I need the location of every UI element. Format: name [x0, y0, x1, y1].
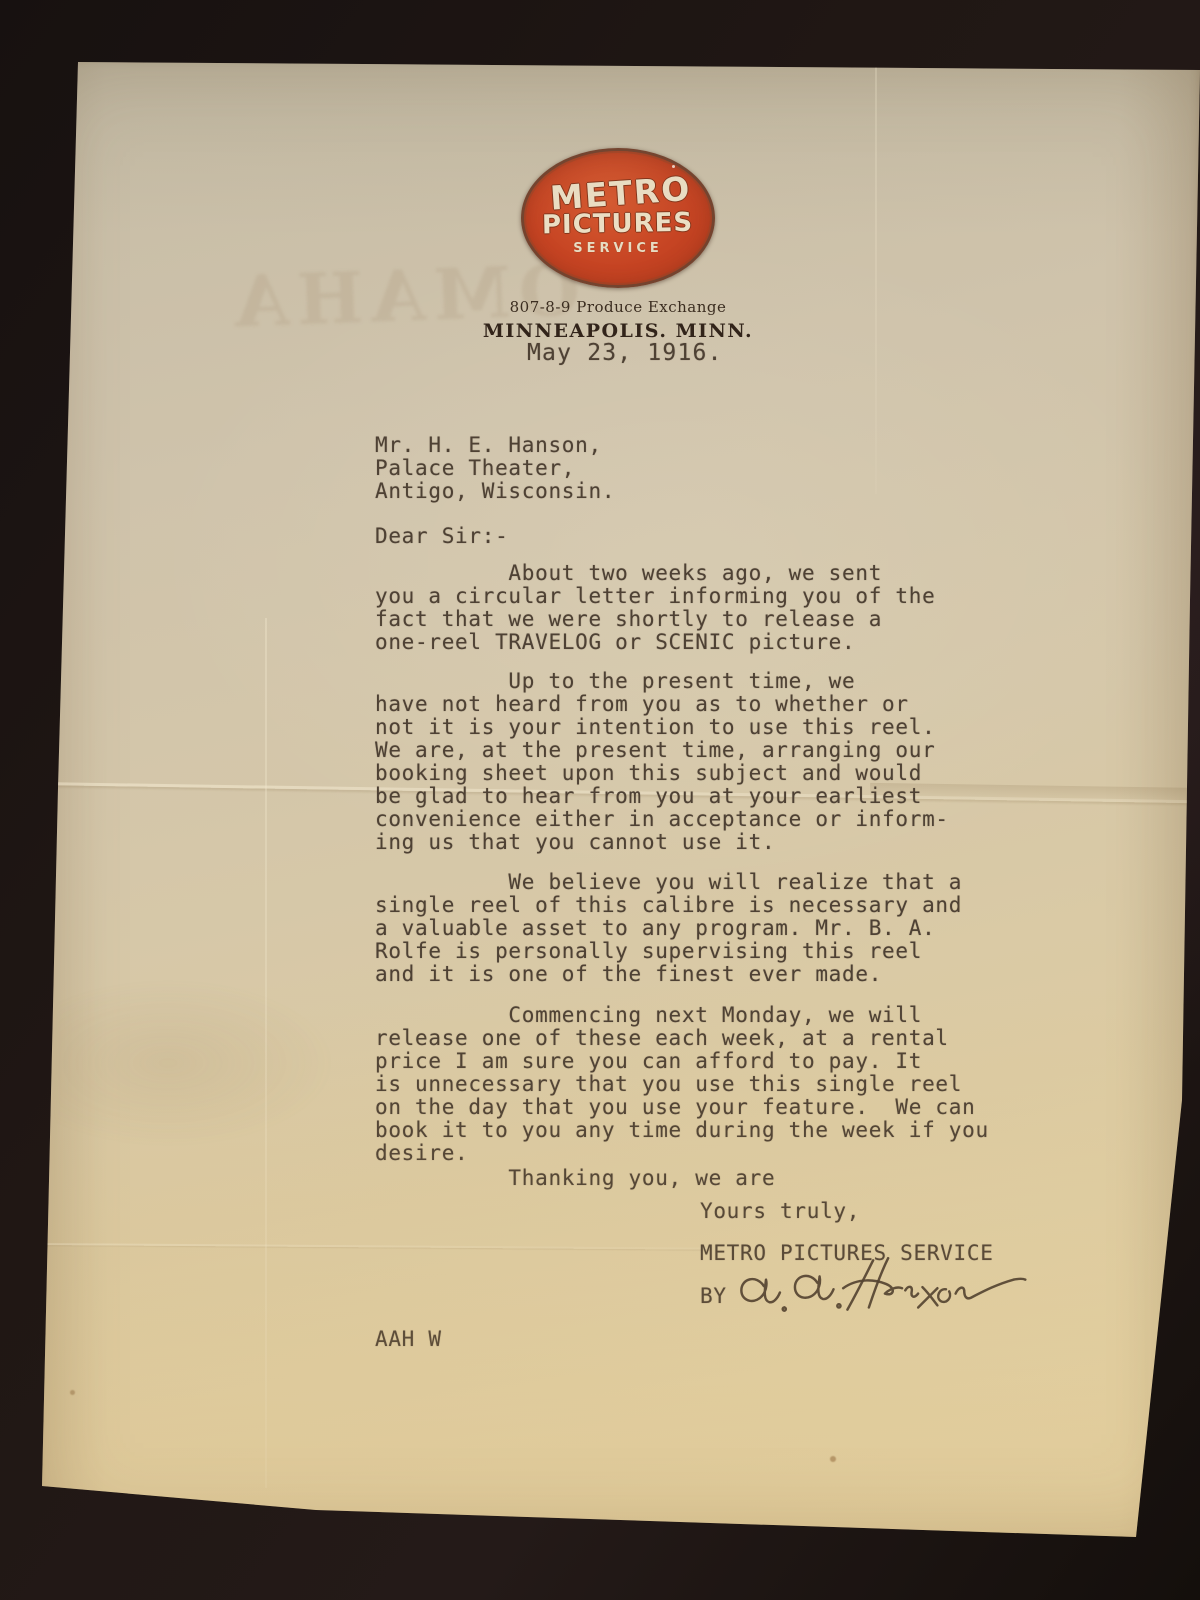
signature-stroke [741, 1279, 780, 1302]
letterhead: METRO PICTURES SERVICE 807-8-9 Produce E… [36, 148, 1200, 342]
signature-stroke [847, 1260, 873, 1309]
signature-handwriting: A. A. Hixon [736, 1250, 1036, 1335]
signature-stroke [795, 1276, 834, 1299]
signature-stroke [843, 1280, 902, 1294]
paper-speck [830, 1456, 836, 1462]
paper-speck [70, 1390, 75, 1395]
letter-paragraph: About two weeks ago, we sent you a circu… [375, 562, 1075, 654]
fold-crease-vertical-left [265, 618, 267, 1488]
letter-paragraph: Commencing next Monday, we will release … [375, 1004, 1075, 1165]
signature-stroke [938, 1289, 950, 1302]
letterhead-city: MINNEAPOLIS. MINN. [36, 320, 1200, 342]
thanking-line: Thanking you, we are [375, 1167, 1075, 1190]
paper-speck [672, 165, 675, 168]
letter-paragraph: Up to the present time, we have not hear… [375, 670, 1075, 854]
letter-paper: OMAHA METRO PICTURES SERVICE 807-8-9 Pro… [36, 58, 1200, 1542]
letterhead-address: 807-8-9 Produce Exchange [36, 298, 1200, 316]
bleed-through-smudge [56, 978, 336, 1148]
letter-body: Mr. H. E. Hanson, Palace Theater, Antigo… [375, 434, 1075, 1351]
letter-date: May 23, 1916. [527, 341, 723, 365]
signature-stroke [918, 1287, 937, 1307]
letter-paragraph: We believe you will realize that a singl… [375, 871, 1075, 986]
recipient-address: Mr. H. E. Hanson, Palace Theater, Antigo… [375, 434, 1075, 503]
signature-stroke [837, 1304, 840, 1307]
signature-stroke [956, 1279, 1026, 1299]
signature-stroke [783, 1308, 786, 1311]
logo-line-service: SERVICE [573, 240, 663, 258]
signature-stroke [905, 1287, 918, 1297]
logo-line-pictures: PICTURES [542, 209, 694, 242]
salutation: Dear Sir:- [375, 525, 1075, 548]
metro-pictures-logo: METRO PICTURES SERVICE [521, 148, 715, 288]
photo-background: OMAHA METRO PICTURES SERVICE 807-8-9 Pro… [0, 0, 1200, 1600]
closing-salutation: Yours truly, [700, 1200, 1075, 1223]
